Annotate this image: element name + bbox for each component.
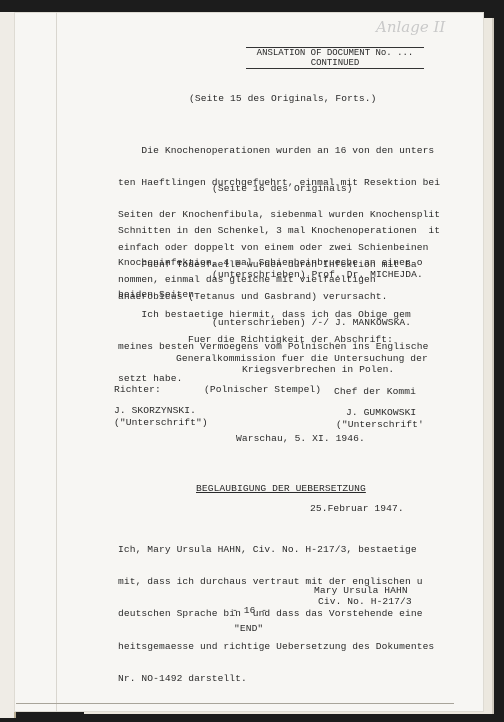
translation-certificate-title: BEGLAUBIGUNG DER UEBERSETZUNG <box>196 484 366 495</box>
text-line: Schnitten in den Schenkel, 3 mal Knochen… <box>118 226 440 237</box>
place-and-date: Warschau, 5. XI. 1946. <box>236 434 365 445</box>
translator-civ-number: Civ. No. H-217/3 <box>318 597 412 608</box>
page-bottom-edge <box>16 703 454 704</box>
text-line: Ich, Mary Ursula HAHN, Civ. No. H-217/3,… <box>118 545 434 556</box>
chief-signature: ("Unterschrift' <box>336 420 424 431</box>
end-mark: "END" <box>234 624 263 635</box>
page-reference-16: (Seite 16 des Originals) <box>212 184 353 195</box>
signature-mankowska: (unterschrieben) /-/ J. MANKOWSKA. <box>212 318 411 329</box>
paragraph-translator-certificate: Ich, Mary Ursula HAHN, Civ. No. H-217/3,… <box>118 523 434 707</box>
translation-header: ANSLATION OF DOCUMENT No. ... CONTINUED <box>246 47 424 69</box>
handwritten-annotation: Anlage II <box>376 18 445 36</box>
judge-label: Richter: <box>114 385 161 396</box>
page-reference-15: (Seite 15 des Originals, Forts.) <box>189 94 376 105</box>
commission-line-2: Kriegsverbrechen in Polen. <box>242 365 394 376</box>
judge-name: J. SKORZYNSKI. <box>114 406 196 417</box>
certification-line: Fuer die Richtigkeit der Abschrift: <box>188 335 393 346</box>
document-page: Anlage II ANSLATION OF DOCUMENT No. ... … <box>14 12 484 712</box>
page-fold-line <box>56 12 57 712</box>
text-line: Nr. NO-1492 darstellt. <box>118 674 434 685</box>
text-line: deutschen Sprache bin und dass das Vorst… <box>118 609 434 620</box>
text-line: heitsgemaesse und richtige Uebersetzung … <box>118 642 434 653</box>
chief-label: Chef der Kommi <box>334 387 416 398</box>
chief-name: J. GUMKOWSKI <box>346 408 416 419</box>
judge-signature: ("Unterschrift") <box>114 418 208 429</box>
header-line-1: ANSLATION OF DOCUMENT No. ... <box>246 48 424 58</box>
header-bottom-rule <box>246 68 424 69</box>
translation-date: 25.Februar 1947. <box>310 504 404 515</box>
polish-stamp: (Polnischer Stempel) <box>204 385 321 396</box>
signature-michejda: (unterschrieben) Prof. Dr. MICHEJDA. <box>212 270 423 281</box>
text-line: Die Knochenoperationen wurden an 16 von … <box>118 146 440 157</box>
header-line-2: CONTINUED <box>246 58 424 68</box>
page-number: - 16 - <box>232 606 267 617</box>
